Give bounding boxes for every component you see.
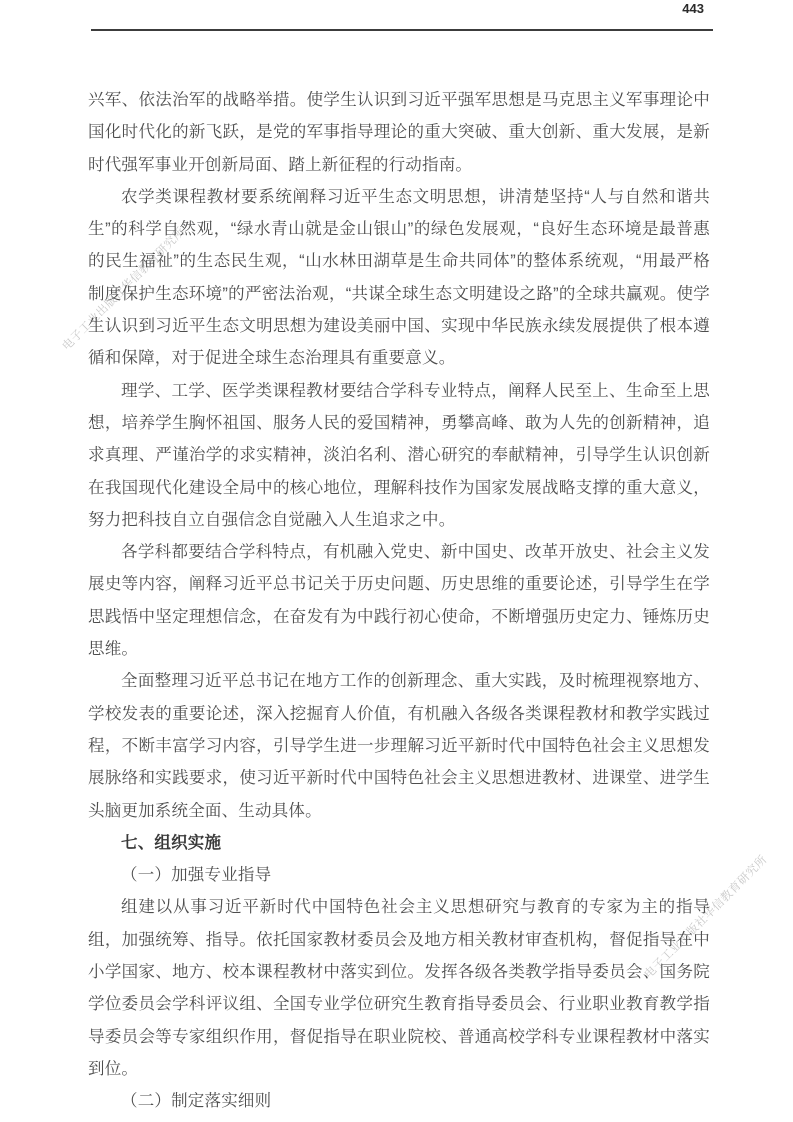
paragraph: 组建以从事习近平新时代中国特色社会主义思想研究与教育的专家为主的指导组，加强统筹… (88, 891, 710, 1085)
document-body: 兴军、依法治军的战略举措。使学生认识到习近平强军思想是马克思主义军事理论中国化时… (88, 84, 710, 1118)
paragraph: 各学科都要结合学科特点，有机融入党史、新中国史、改革开放史、社会主义发展史等内容… (88, 536, 710, 665)
paragraph: 全面整理习近平总书记在地方工作的创新理念、重大实践，及时梳理视察地方、学校发表的… (88, 665, 710, 826)
paragraph: （二）制定落实细则 (88, 1085, 710, 1117)
paragraph: 理学、工学、医学类课程教材要结合学科专业特点，阐释人民至上、生命至上思想，培养学… (88, 375, 710, 536)
section-heading: 七、组织实施 (88, 827, 710, 859)
paragraph: 农学类课程教材要系统阐释习近平生态文明思想，讲清楚坚持“人与自然和谐共生”的科学… (88, 181, 710, 375)
paragraph: 兴军、依法治军的战略举措。使学生认识到习近平强军思想是马克思主义军事理论中国化时… (88, 84, 710, 181)
paragraph: （一）加强专业指导 (88, 859, 710, 891)
page-number: 443 (88, 1, 704, 17)
header-rule (91, 29, 713, 31)
